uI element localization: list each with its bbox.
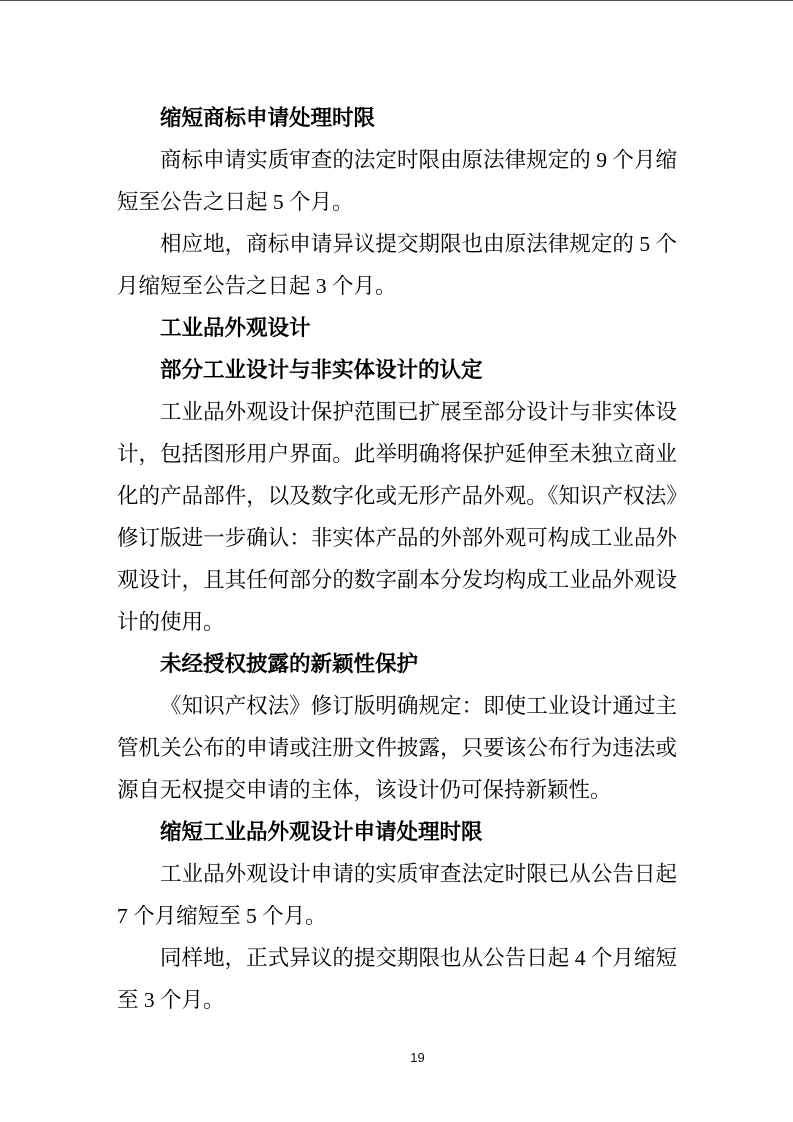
page-number: 19	[410, 1050, 424, 1065]
section-heading-industrial-design: 工业品外观设计	[117, 307, 677, 349]
body-paragraph: 同样地，正式异议的提交期限也从公告日起 4 个月缩短至 3 个月。	[117, 937, 677, 1021]
document-page: 缩短商标申请处理时限 商标申请实质审查的法定时限由原法律规定的 9 个月缩短至公…	[0, 0, 793, 1122]
section-heading-partial-nonphysical-design: 部分工业设计与非实体设计的认定	[117, 349, 677, 391]
section-heading-novelty-protection: 未经授权披露的新颖性保护	[117, 643, 677, 685]
document-body: 缩短商标申请处理时限 商标申请实质审查的法定时限由原法律规定的 9 个月缩短至公…	[117, 97, 677, 1021]
body-paragraph: 《知识产权法》修订版明确规定：即使工业设计通过主管机关公布的申请或注册文件披露，…	[117, 685, 677, 811]
body-paragraph: 工业品外观设计申请的实质审查法定时限已从公告日起 7 个月缩短至 5 个月。	[117, 853, 677, 937]
body-paragraph: 相应地，商标申请异议提交期限也由原法律规定的 5 个月缩短至公告之日起 3 个月…	[117, 223, 677, 307]
body-paragraph: 商标申请实质审查的法定时限由原法律规定的 9 个月缩短至公告之日起 5 个月。	[117, 139, 677, 223]
page-footer: 19	[0, 1049, 793, 1067]
section-heading-trademark-time-limit: 缩短商标申请处理时限	[117, 97, 677, 139]
body-paragraph: 工业品外观设计保护范围已扩展至部分设计与非实体设计，包括图形用户界面。此举明确将…	[117, 391, 677, 643]
section-heading-design-time-limit: 缩短工业品外观设计申请处理时限	[117, 811, 677, 853]
